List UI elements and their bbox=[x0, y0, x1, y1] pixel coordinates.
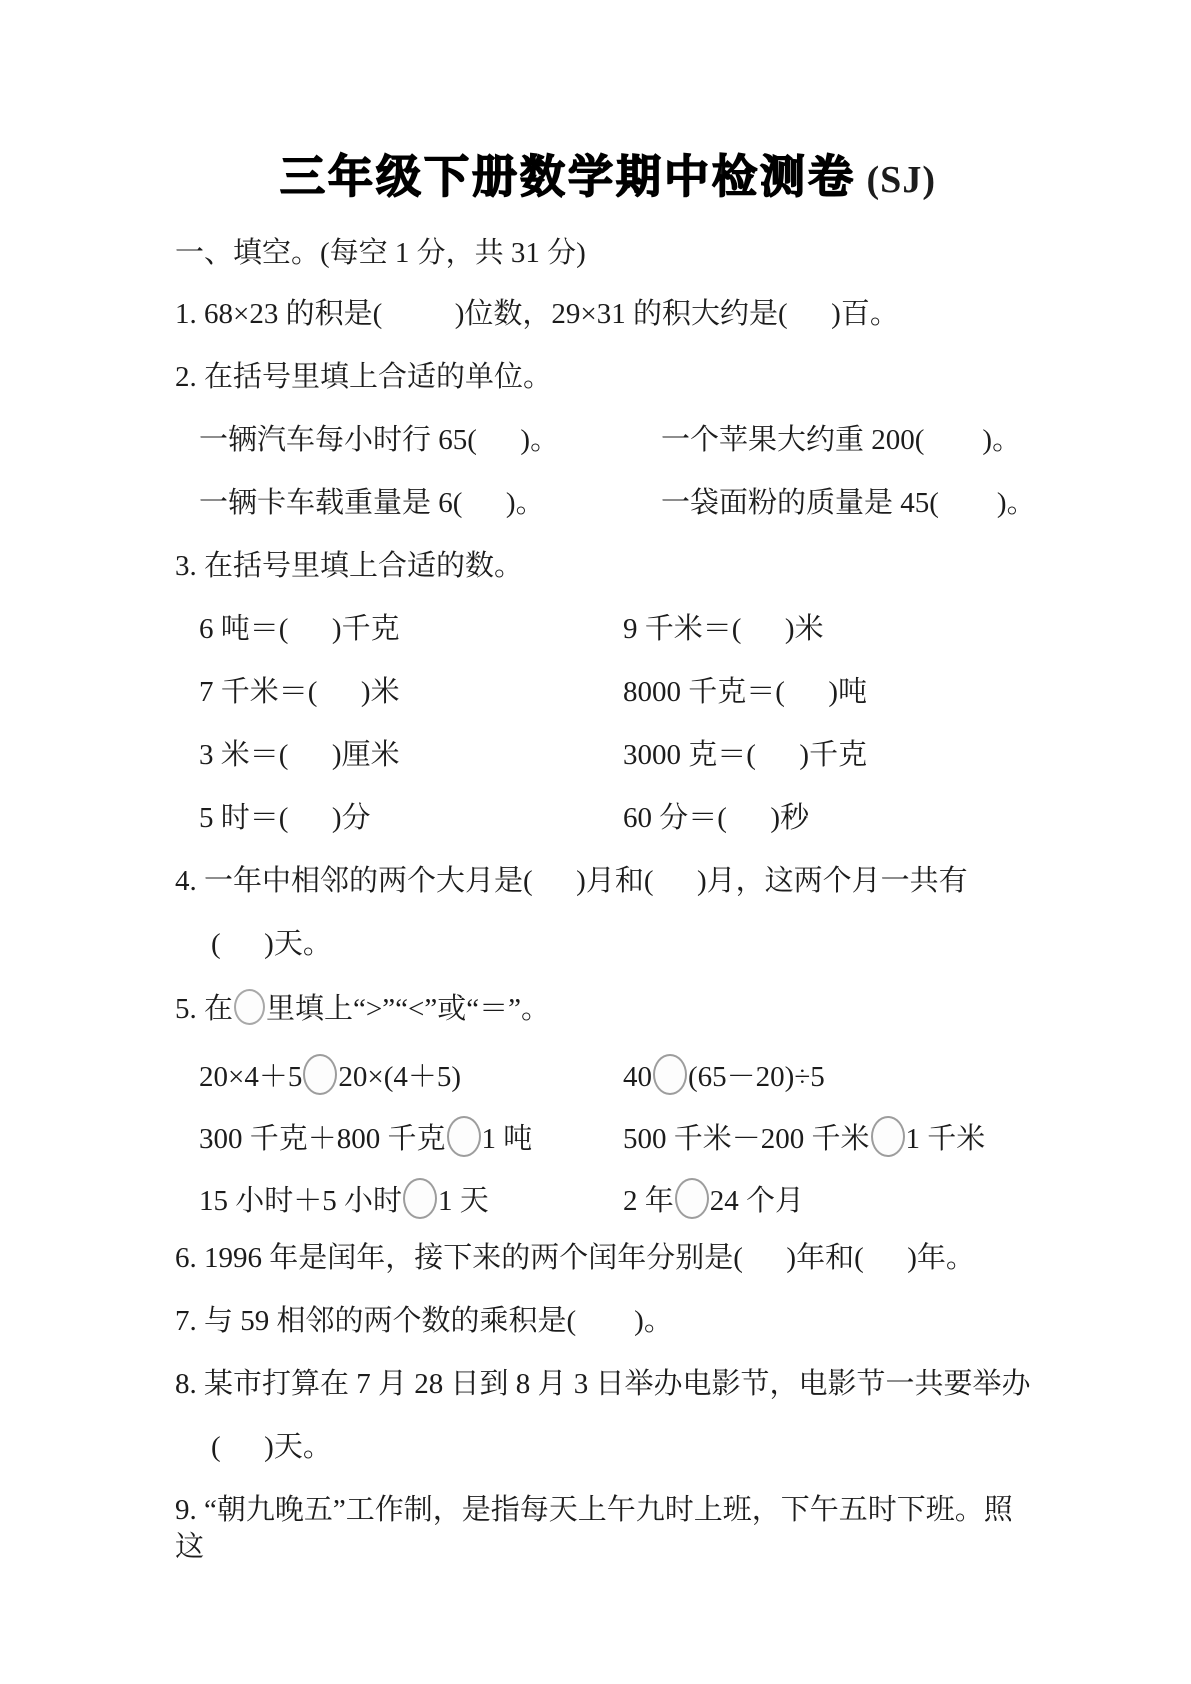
question-5-row-2: 300 千克＋800 千克1 吨 500 千米－200 千米1 千米 bbox=[175, 1116, 1041, 1161]
question-7: 7. 与 59 相邻的两个数的乘积是( )。 bbox=[175, 1303, 1041, 1340]
expression-left: 20×4＋5 bbox=[199, 1061, 302, 1093]
question-5-item-5: 15 小时＋5 小时1 天 bbox=[199, 1178, 623, 1223]
comparison-circle-icon bbox=[403, 1178, 437, 1219]
question-8-line-1: 8. 某市打算在 7 月 28 日到 8 月 3 日举办电影节，电影节一共要举办 bbox=[175, 1366, 1041, 1403]
question-2-item-1: 一辆汽车每小时行 65( )。 bbox=[199, 422, 661, 459]
comparison-circle-icon bbox=[675, 1178, 709, 1219]
question-3-row-4: 5 时＝( )分 60 分＝( )秒 bbox=[175, 800, 1041, 837]
expression-right: (65－20)÷5 bbox=[688, 1061, 825, 1093]
exam-title-edition: (SJ) bbox=[856, 159, 936, 201]
exam-title-text: 三年级下册数学期中检测卷 bbox=[280, 151, 856, 202]
question-5-item-2: 40(65－20)÷5 bbox=[623, 1054, 825, 1099]
question-2-item-3: 一辆卡车载重量是 6( )。 bbox=[199, 485, 661, 522]
question-3-item-2: 9 千米＝( )米 bbox=[623, 611, 824, 648]
question-2-item-4: 一袋面粉的质量是 45( )。 bbox=[661, 485, 1036, 522]
comparison-circle-icon bbox=[653, 1054, 687, 1095]
question-5-stem-post: 里填上“>”“<”或“＝”。 bbox=[266, 993, 550, 1025]
question-5-row-1: 20×4＋520×(4＋5) 40(65－20)÷5 bbox=[175, 1054, 1041, 1099]
question-3-item-4: 8000 千克＝( )吨 bbox=[623, 674, 867, 711]
expression-right: 24 个月 bbox=[710, 1185, 804, 1217]
question-5-item-3: 300 千克＋800 千克1 吨 bbox=[199, 1116, 623, 1161]
question-5-stem: 5. 在里填上“>”“<”或“＝”。 bbox=[175, 989, 1041, 1028]
question-9: 9. “朝九晚五”工作制，是指每天上午九时上班，下午五时下班。照这 bbox=[175, 1492, 1041, 1566]
comparison-circle-icon bbox=[234, 989, 265, 1025]
comparison-circle-icon bbox=[447, 1116, 481, 1157]
page-title: 三年级下册数学期中检测卷 (SJ) bbox=[175, 140, 1041, 205]
question-3-row-1: 6 吨＝( )千克 9 千米＝( )米 bbox=[175, 611, 1041, 648]
question-3-row-3: 3 米＝( )厘米 3000 克＝( )千克 bbox=[175, 737, 1041, 774]
exam-paper-page: 三年级下册数学期中检测卷 (SJ) 一、填空。(每空 1 分，共 31 分) 1… bbox=[0, 0, 1191, 1684]
expression-right: 20×(4＋5) bbox=[338, 1061, 461, 1093]
expression-left: 40 bbox=[623, 1061, 652, 1093]
expression-left: 300 千克＋800 千克 bbox=[199, 1123, 446, 1155]
expression-left: 500 千米－200 千米 bbox=[623, 1123, 870, 1155]
question-6: 6. 1996 年是闰年，接下来的两个闰年分别是( )年和( )年。 bbox=[175, 1240, 1041, 1277]
question-3-item-1: 6 吨＝( )千克 bbox=[199, 611, 623, 648]
expression-right: 1 天 bbox=[438, 1185, 489, 1217]
question-8-line-2: ( )天。 bbox=[175, 1429, 1041, 1466]
question-3-item-5: 3 米＝( )厘米 bbox=[199, 737, 623, 774]
expression-left: 2 年 bbox=[623, 1185, 674, 1217]
question-1: 1. 68×23 的积是( )位数，29×31 的积大约是( )百。 bbox=[175, 296, 1041, 333]
question-4-line-1: 4. 一年中相邻的两个大月是( )月和( )月，这两个月一共有 bbox=[175, 863, 1041, 900]
question-3-item-3: 7 千米＝( )米 bbox=[199, 674, 623, 711]
question-3-row-2: 7 千米＝( )米 8000 千克＝( )吨 bbox=[175, 674, 1041, 711]
expression-right: 1 千米 bbox=[906, 1123, 986, 1155]
expression-left: 15 小时＋5 小时 bbox=[199, 1185, 402, 1217]
question-5-item-6: 2 年24 个月 bbox=[623, 1178, 804, 1223]
question-5-row-3: 15 小时＋5 小时1 天 2 年24 个月 bbox=[175, 1178, 1041, 1223]
question-3-item-6: 3000 克＝( )千克 bbox=[623, 737, 867, 774]
question-2-stem: 2. 在括号里填上合适的单位。 bbox=[175, 359, 1041, 396]
question-3-stem: 3. 在括号里填上合适的数。 bbox=[175, 548, 1041, 585]
expression-right: 1 吨 bbox=[482, 1123, 533, 1155]
question-5-item-1: 20×4＋520×(4＋5) bbox=[199, 1054, 623, 1099]
comparison-circle-icon bbox=[871, 1116, 905, 1157]
question-3-item-7: 5 时＝( )分 bbox=[199, 800, 623, 837]
question-2-row-2: 一辆卡车载重量是 6( )。 一袋面粉的质量是 45( )。 bbox=[175, 485, 1041, 522]
comparison-circle-icon bbox=[303, 1054, 337, 1095]
question-2-item-2: 一个苹果大约重 200( )。 bbox=[661, 422, 1021, 459]
question-2-row-1: 一辆汽车每小时行 65( )。 一个苹果大约重 200( )。 bbox=[175, 422, 1041, 459]
question-3-item-8: 60 分＝( )秒 bbox=[623, 800, 809, 837]
question-4-line-2: ( )天。 bbox=[175, 926, 1041, 963]
question-5-stem-pre: 5. 在 bbox=[175, 993, 233, 1025]
section-1-heading: 一、填空。(每空 1 分，共 31 分) bbox=[175, 235, 1041, 272]
question-5-item-4: 500 千米－200 千米1 千米 bbox=[623, 1116, 985, 1161]
